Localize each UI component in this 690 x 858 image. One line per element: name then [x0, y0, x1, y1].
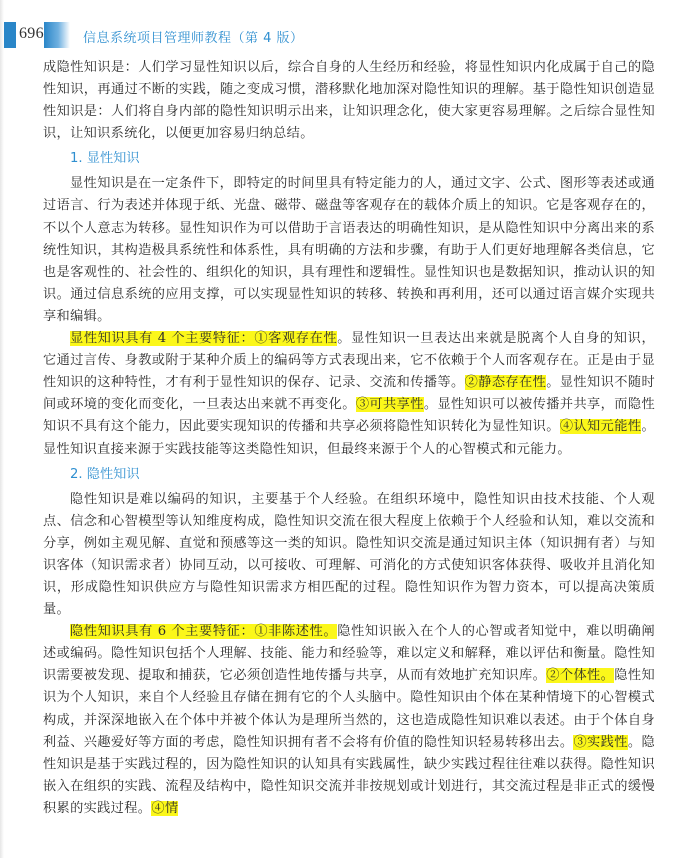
intro-paragraph: 成隐性知识是：人们学习显性知识以后，综合自身的人生经历和经验，将显性知识内化成属…: [43, 57, 655, 145]
explicit-knowledge-features: 显性知识具有 4 个主要特征：①客观存在性。显性知识一旦表达出来就是脱离个人自身…: [43, 328, 655, 461]
highlight-feature-3: ③可共享性: [356, 397, 424, 412]
section-heading-explicit-knowledge: 1. 显性知识: [70, 148, 655, 170]
book-title: 信息系统项目管理师教程（第 4 版）: [83, 27, 304, 46]
highlight-feature-1: 显性知识具有 4 个主要特征：①客观存在性: [70, 331, 337, 346]
highlight-tacit-feature-3: ③实践性: [573, 735, 627, 750]
highlight-tacit-feature-2: ②个体性。: [546, 668, 614, 683]
header-accent-block: [4, 22, 16, 48]
page-body: 成隐性知识是：人们学习显性知识以后，综合自身的人生经历和经验，将显性知识内化成属…: [43, 57, 655, 820]
tacit-knowledge-definition: 隐性知识是难以编码的知识，主要基于个人经验。在组织环境中，隐性知识由技术技能、个…: [43, 489, 655, 622]
tacit-knowledge-features: 隐性知识具有 6 个主要特征：①非陈述性。隐性知识嵌入在个人的心智或者知觉中，难…: [43, 621, 655, 820]
section-heading-tacit-knowledge: 2. 隐性知识: [70, 464, 655, 486]
highlight-tacit-feature-1: 隐性知识具有 6 个主要特征：①非陈述性。: [70, 624, 337, 639]
page-number: 696: [19, 25, 44, 43]
highlight-tacit-feature-4: ④情: [151, 801, 178, 816]
page-edge-shadow: [0, 0, 4, 858]
highlight-feature-2: ②静态存在性: [465, 375, 547, 390]
header-gradient-block: [44, 22, 70, 48]
highlight-feature-4: ④认知元能性: [560, 419, 642, 434]
page-header: 696 信息系统项目管理师教程（第 4 版）: [0, 22, 690, 48]
explicit-knowledge-definition: 显性知识是在一定条件下，即特定的时间里具有特定能力的人，通过文字、公式、图形等表…: [43, 173, 655, 328]
